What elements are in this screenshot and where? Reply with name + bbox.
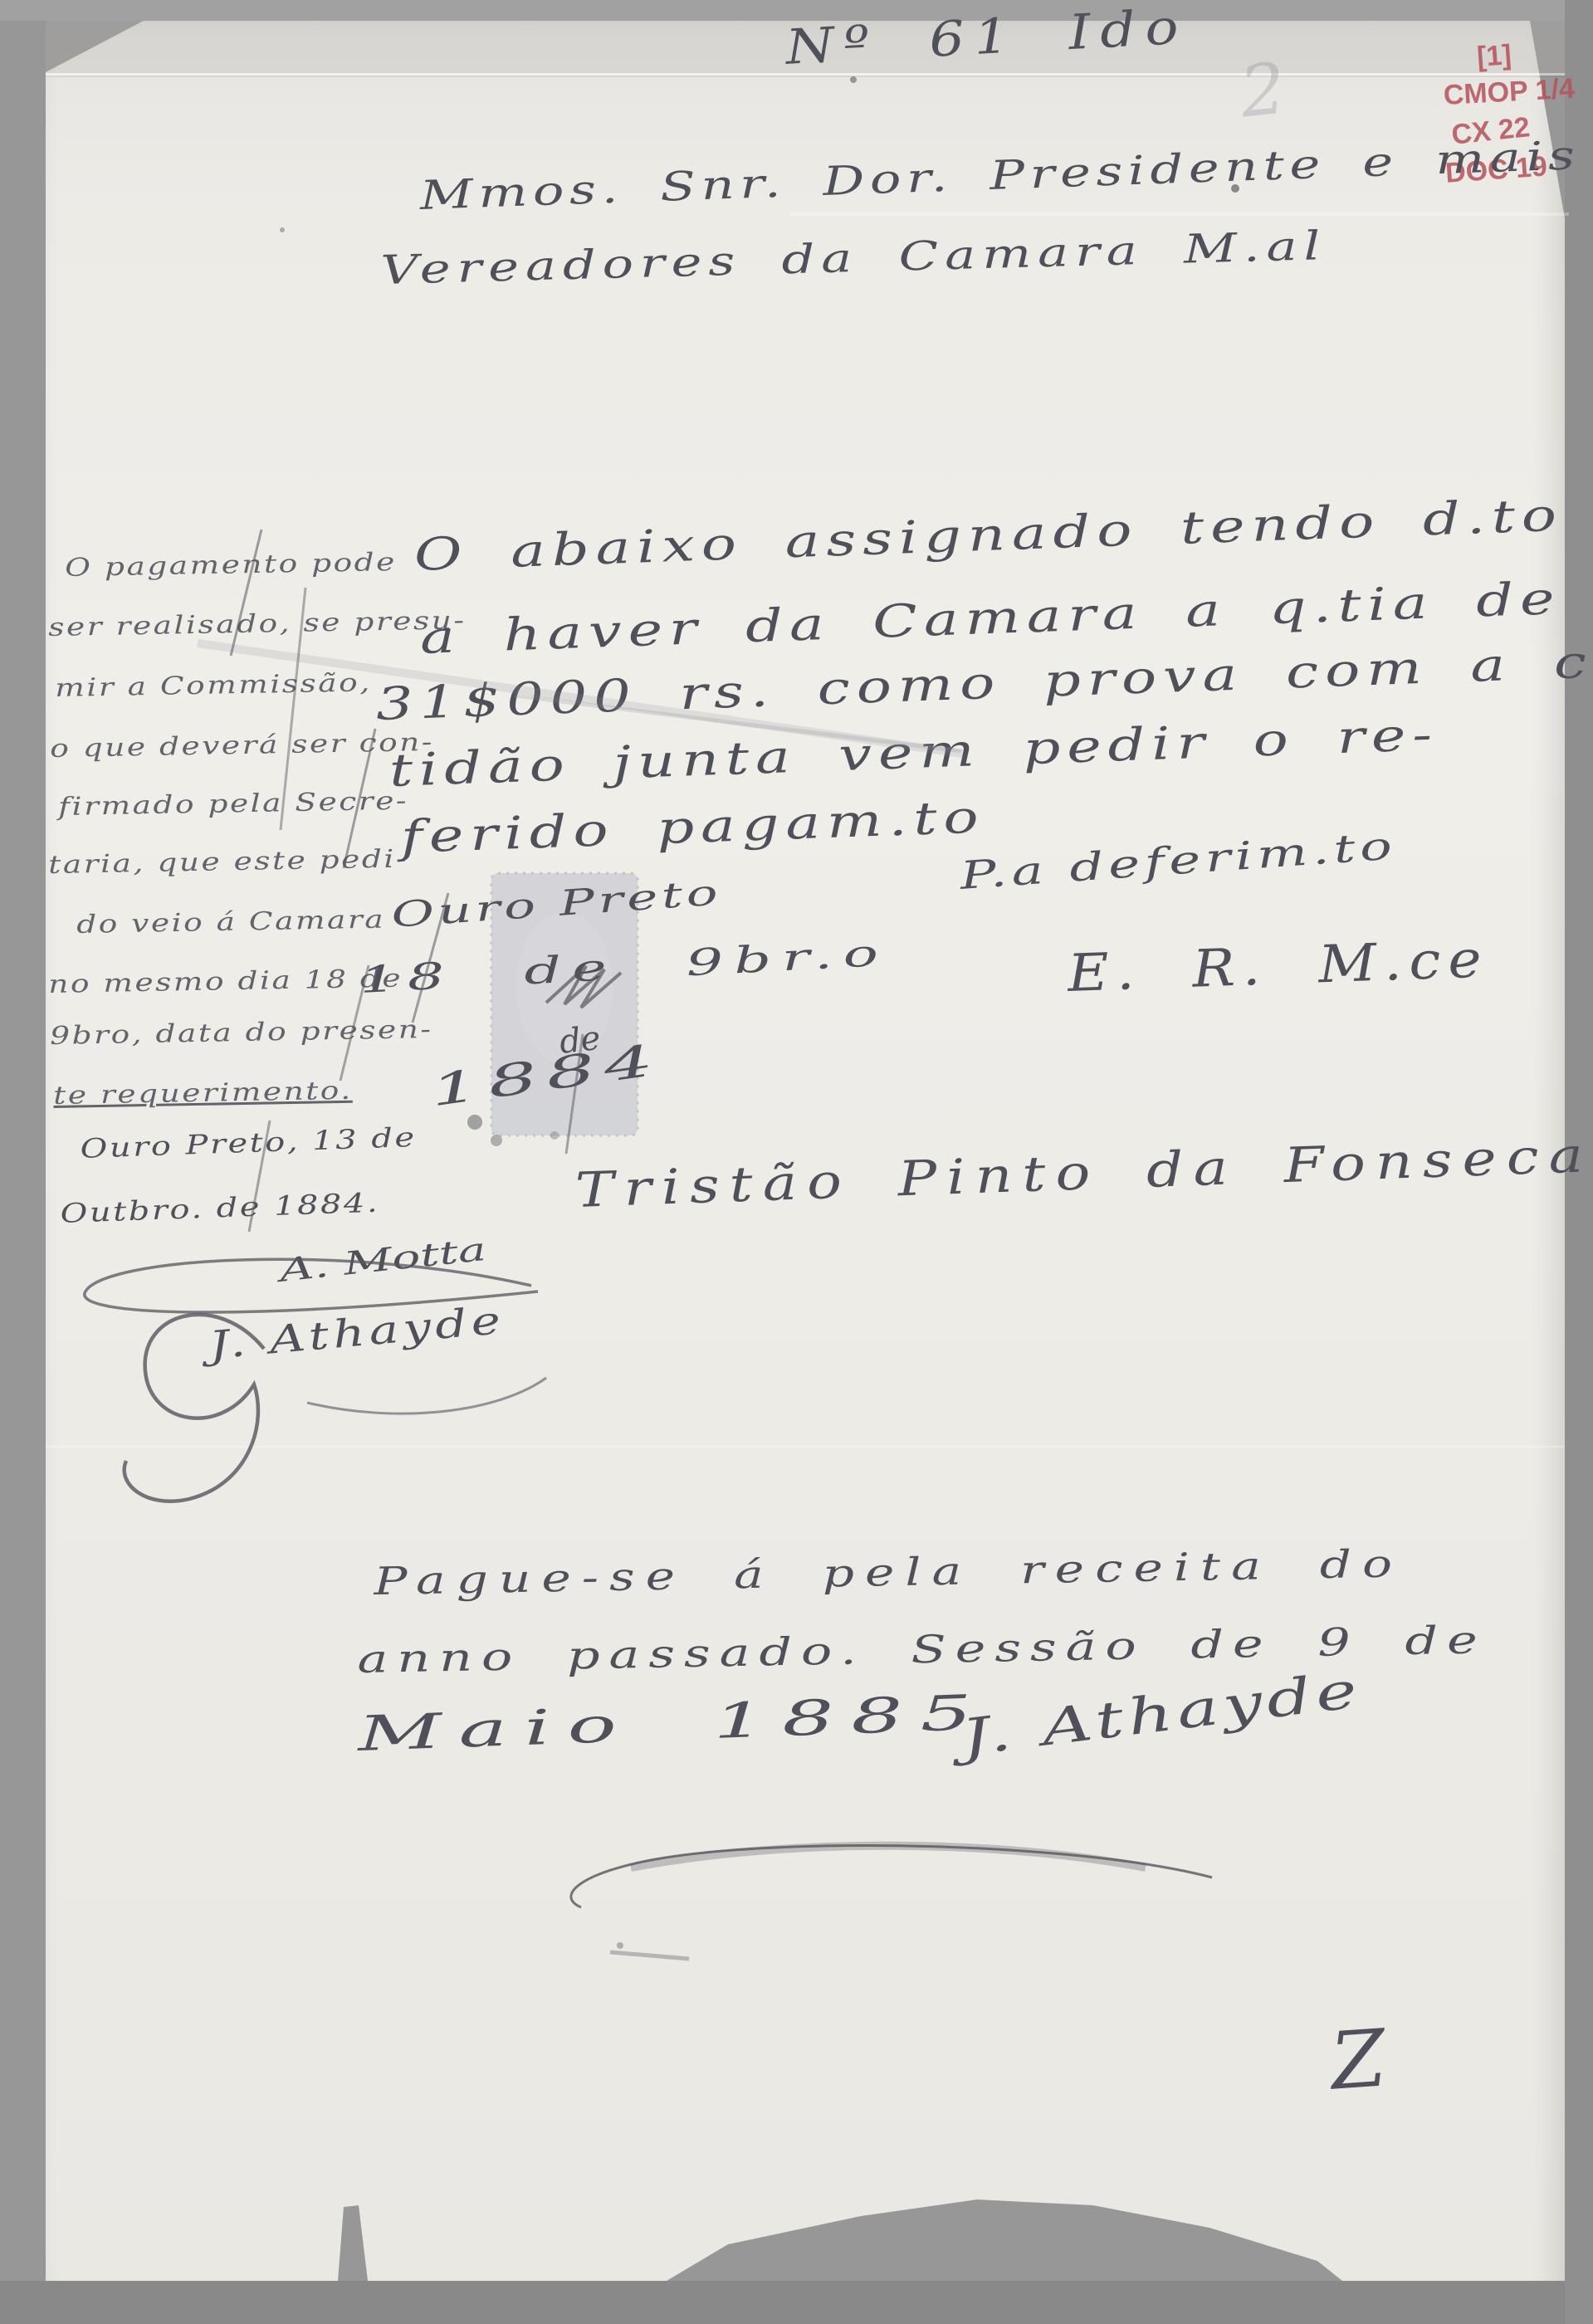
margin-note-line: do veio á Camara: [76, 908, 385, 938]
archive-ref-mark: [1]: [1476, 41, 1512, 71]
margin-note-line: mir a Commissão,: [55, 671, 372, 701]
margin-note-line: firmado pela Secre-: [58, 789, 408, 820]
margin-note-line: o que deverá ser con-: [50, 730, 434, 762]
bottom-mark: Z: [1328, 2019, 1388, 2102]
margin-note-line: 9bro, data do presen-: [50, 1018, 433, 1049]
margin-note-line: te requerimento.: [53, 1079, 353, 1109]
margin-note-line: O pagamento pode: [65, 550, 397, 581]
margin-note-line: no mesmo dia 18 de: [48, 967, 403, 998]
scanned-document: Nº 61 Ido 2 [1] CMOP 1/4 CX 22 DOC 19 Mm…: [0, 0, 1593, 2324]
scanner-background-bottom: [0, 2281, 1593, 2324]
archive-collection: CMOP 1/4: [1443, 75, 1576, 110]
margin-note-line: ser realisado, se presu-: [48, 608, 467, 641]
pencil-mark: 2: [1237, 53, 1289, 128]
body-courtesy-formula: E. R. M.ce: [1067, 933, 1489, 999]
margin-note-line: taria, que este pedi-: [48, 847, 408, 878]
